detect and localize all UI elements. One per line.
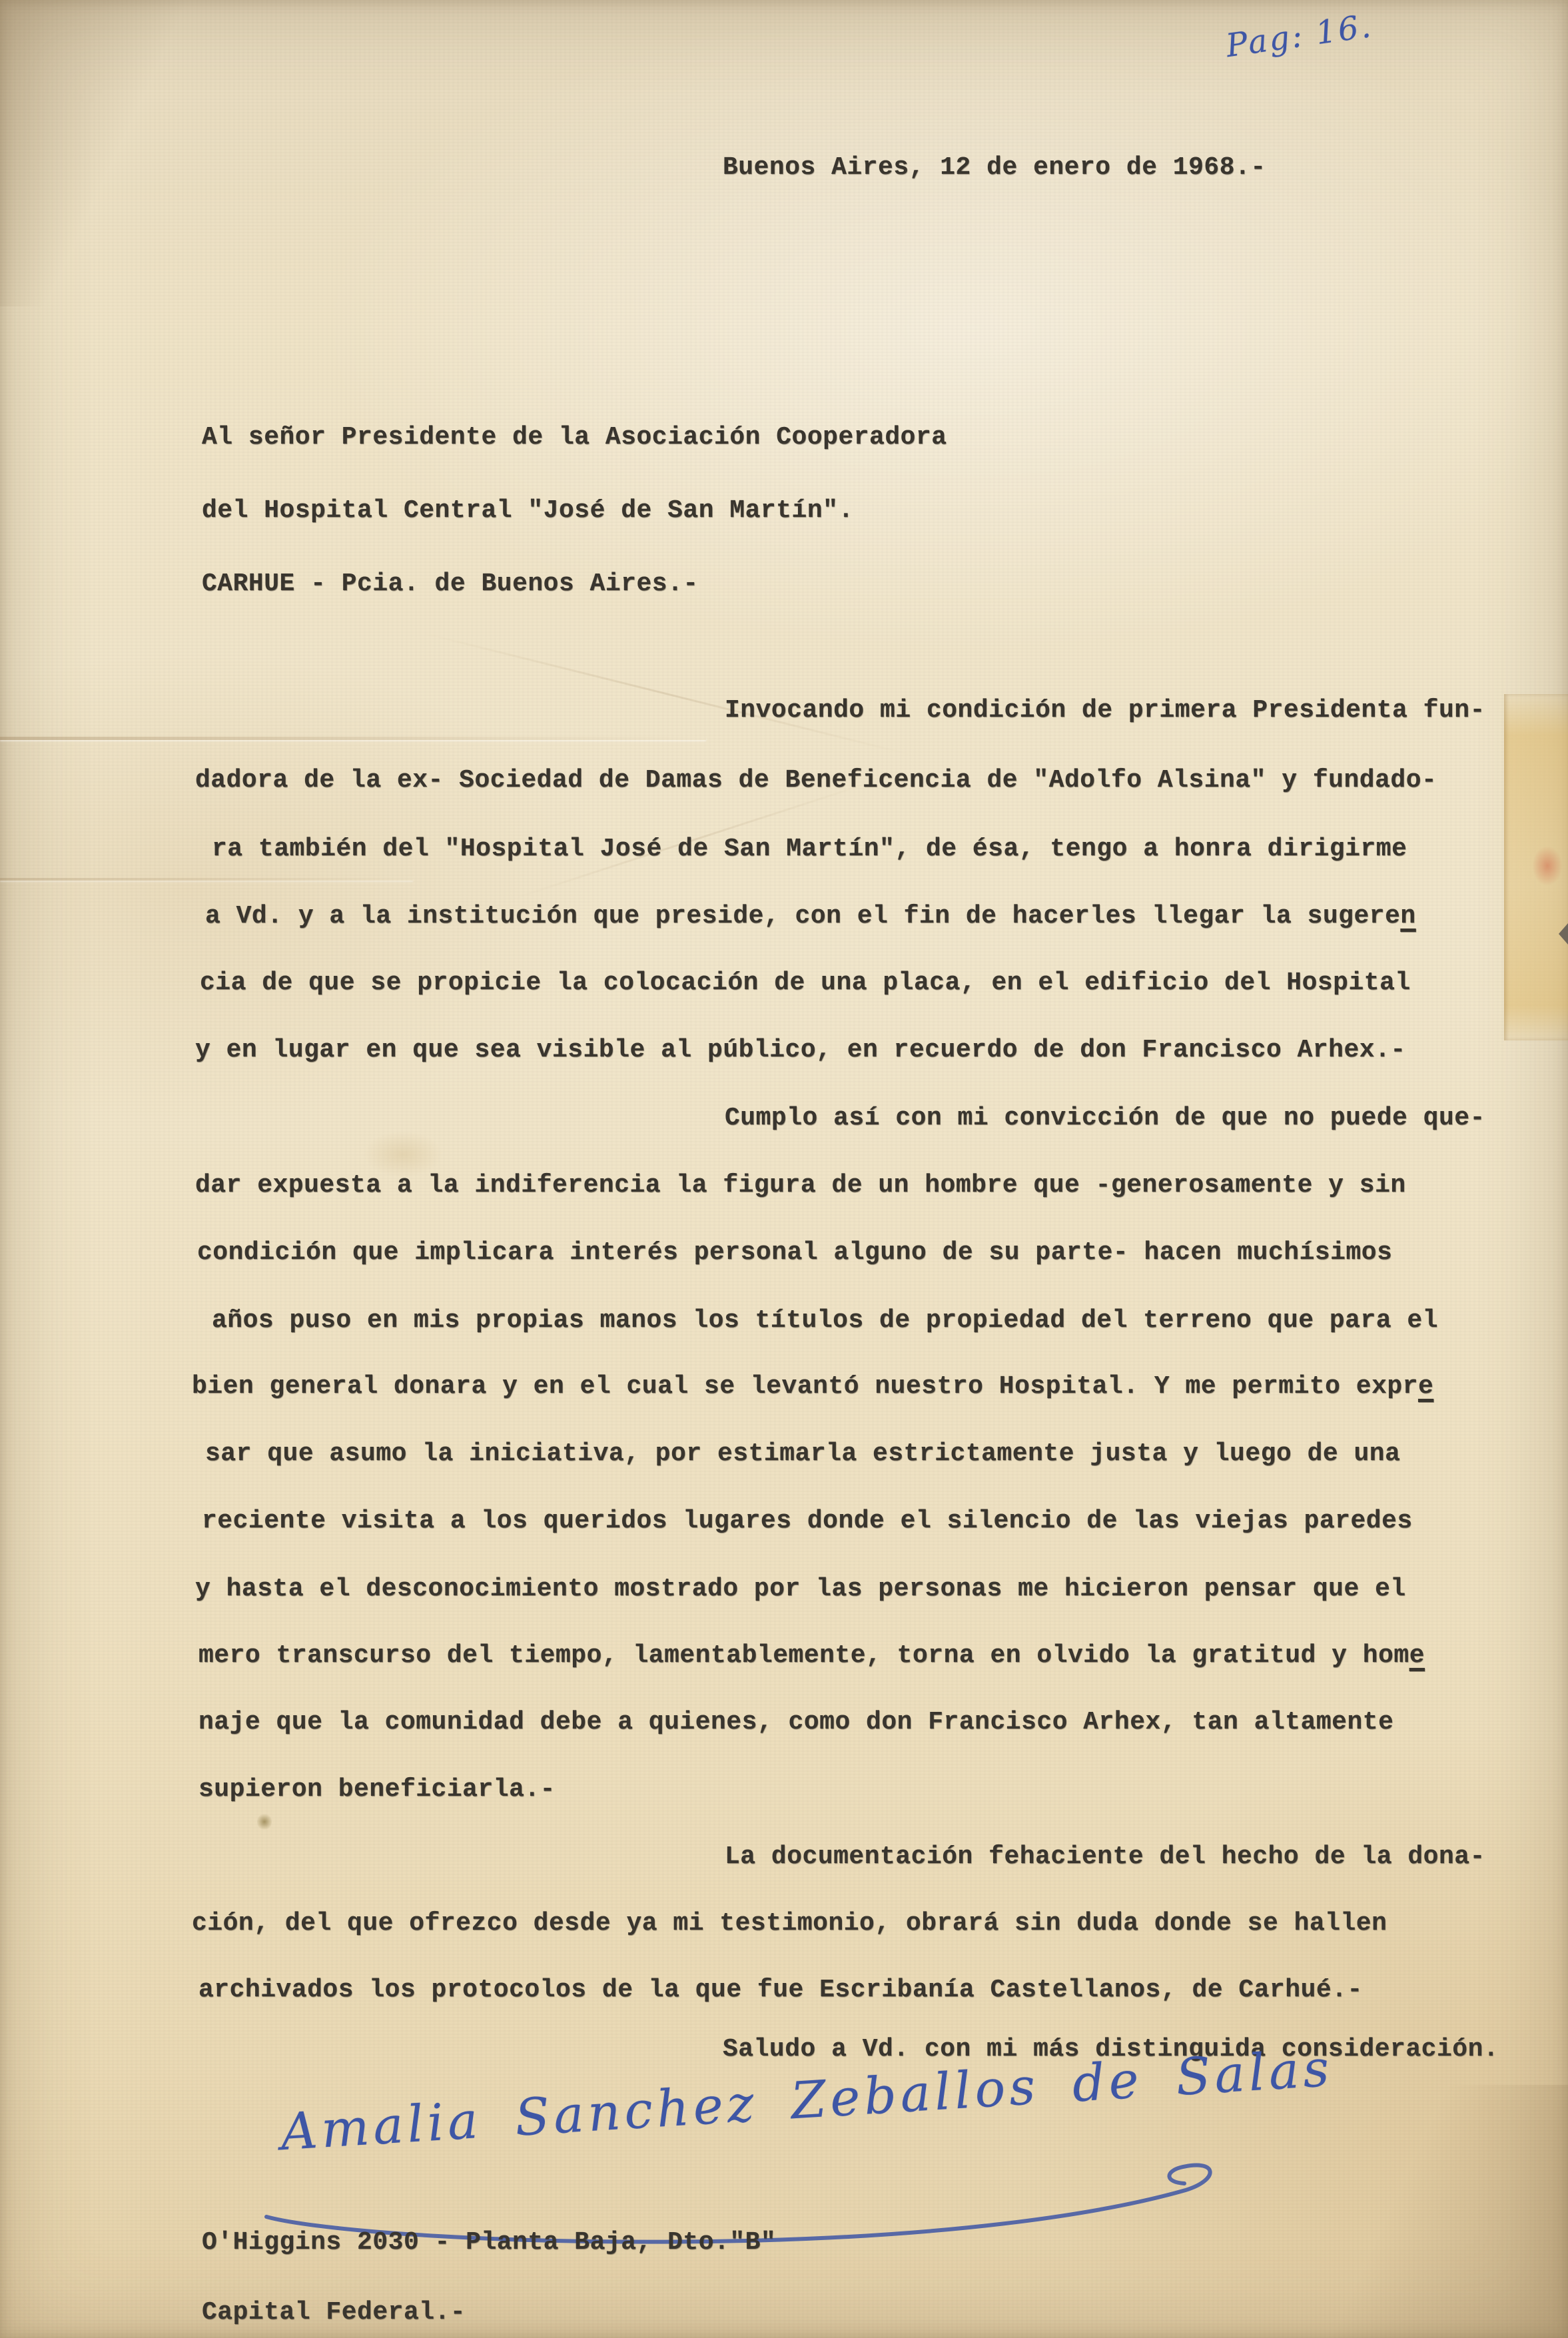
recipient-line: del Hospital Central "José de San Martín… (202, 495, 854, 527)
torn-edge-notch (1559, 923, 1568, 945)
body-line: Cumplo así con mi convicción de que no p… (725, 1102, 1485, 1134)
body-line: bien general donara y en el cual se leva… (192, 1371, 1433, 1403)
body-line: mero transcurso del tiempo, lamentableme… (198, 1640, 1425, 1672)
body-line: y hasta el desconocimiento mostrado por … (195, 1573, 1406, 1605)
handwritten-page-number: Pag: 16. (1224, 7, 1375, 65)
body-line: y en lugar en que sea visible al público… (195, 1034, 1406, 1066)
corner-fold-shadow (0, 0, 200, 306)
body-line: naje que la comunidad debe a quienes, co… (198, 1707, 1393, 1739)
paper-crease (0, 737, 706, 740)
corner-crumple-shadow (1288, 2085, 1568, 2338)
body-line: dadora de la ex- Sociedad de Damas de Be… (195, 765, 1437, 797)
body-line: ra también del "Hospital José de San Mar… (212, 833, 1407, 865)
letter-page: Pag: 16. Buenos Aires, 12 de enero de 19… (0, 0, 1568, 2338)
body-line: Invocando mi condición de primera Presid… (725, 695, 1485, 727)
footer-city-line: Capital Federal.- (202, 2297, 466, 2329)
date-line: Buenos Aires, 12 de enero de 1968.- (723, 152, 1266, 184)
body-line: ción, del que ofrezco desde ya mi testim… (192, 1908, 1387, 1940)
body-line: cia de que se propicie la colocación de … (200, 967, 1411, 999)
body-line: reciente visita a los queridos lugares d… (202, 1505, 1413, 1537)
ink-fleck (257, 1813, 272, 1830)
body-line: La documentación fehaciente del hecho de… (725, 1841, 1485, 1873)
body-line: sar que asumo la iniciativa, por estimar… (205, 1438, 1400, 1470)
body-line: supieron beneficiarla.- (198, 1774, 556, 1806)
body-line: dar expuesta a la indiferencia la figura… (195, 1170, 1406, 1202)
paper-crease (0, 878, 413, 881)
body-line: a Vd. y a la institución que preside, co… (205, 901, 1416, 933)
body-line: años puso en mis propias manos los títul… (212, 1305, 1438, 1337)
paper-crease (420, 631, 912, 756)
body-line: condición que implicara interés personal… (197, 1237, 1392, 1269)
body-line: archivados los protocolos de la que fue … (198, 1974, 1363, 2006)
tape-red-smudge (1532, 846, 1563, 886)
recipient-line: CARHUE - Pcia. de Buenos Aires.- (202, 568, 699, 600)
footer-address-line: O'Higgins 2030 - Planta Baja, Dto."B" (202, 2227, 776, 2259)
recipient-line: Al señor Presidente de la Asociación Coo… (202, 422, 947, 454)
